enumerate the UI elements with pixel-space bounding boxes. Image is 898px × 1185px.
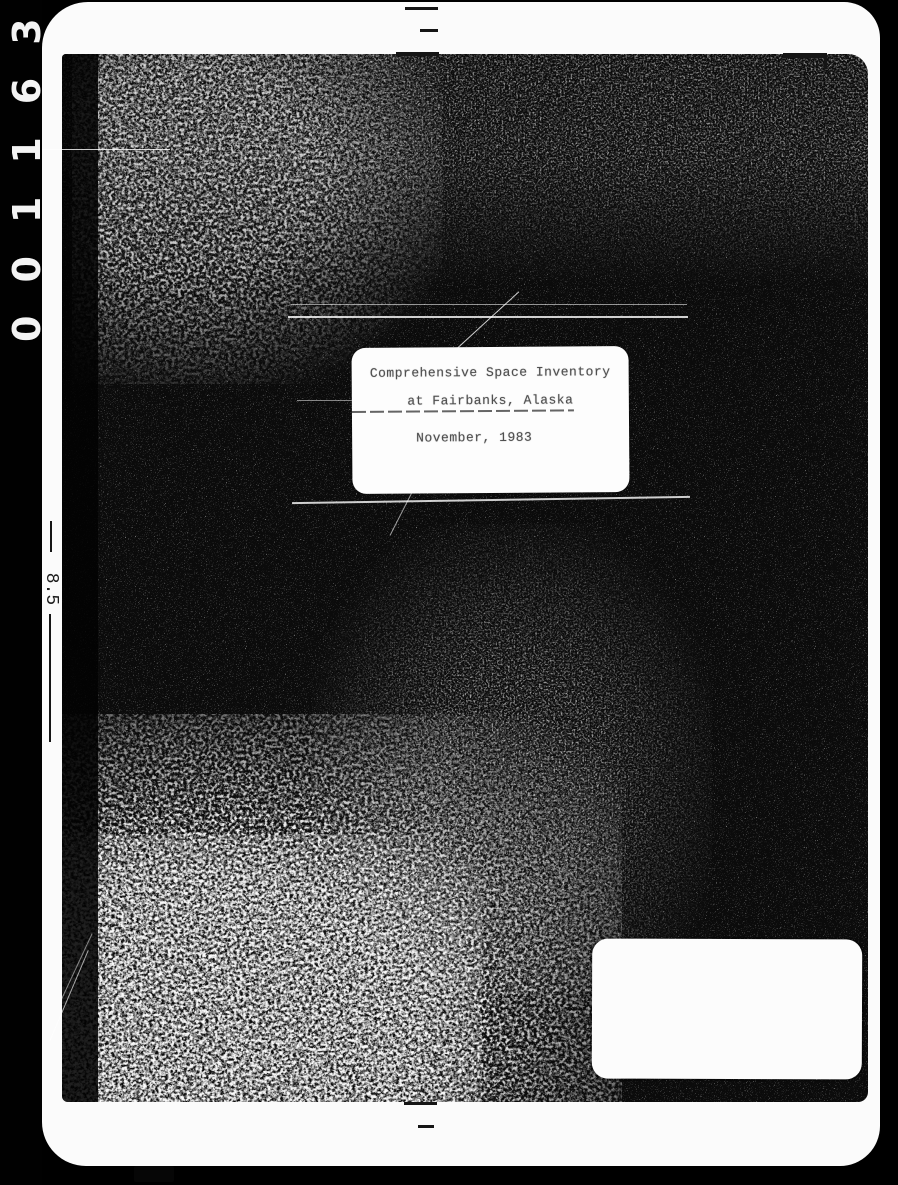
registration-mark [418, 1125, 434, 1128]
scratch-line [28, 149, 170, 150]
title-line-2: at Fairbanks, Alaska [352, 392, 629, 409]
cover-bottomleft-leather-texture [62, 714, 622, 1102]
ruler-tick [50, 521, 52, 552]
ink-blob [134, 1166, 174, 1182]
title-underline [352, 409, 574, 413]
underline-extension-line [297, 400, 354, 401]
cover-topleft-leather-texture [72, 54, 442, 384]
cover-center-mottle-texture [312, 524, 712, 994]
ruler-tick [49, 614, 51, 742]
title-label: Comprehensive Space Inventory at Fairban… [351, 346, 629, 494]
registration-mark [783, 53, 827, 58]
cover-topband-texture [62, 54, 868, 284]
registration-mark [405, 7, 438, 10]
registration-mark [404, 1102, 437, 1105]
registration-mark [396, 52, 439, 56]
blank-sticker [592, 939, 862, 1080]
ruler-measurement: 8.5 [28, 568, 74, 610]
registration-mark [420, 29, 438, 32]
film-frame-number: 001163 [5, 0, 49, 342]
registration-mark [824, 56, 827, 69]
scratch-line [291, 304, 687, 305]
title-line-1: Comprehensive Space Inventory [352, 364, 629, 381]
title-date: November, 1983 [416, 430, 532, 446]
cover-bottomleft-bright-texture [62, 834, 482, 1102]
